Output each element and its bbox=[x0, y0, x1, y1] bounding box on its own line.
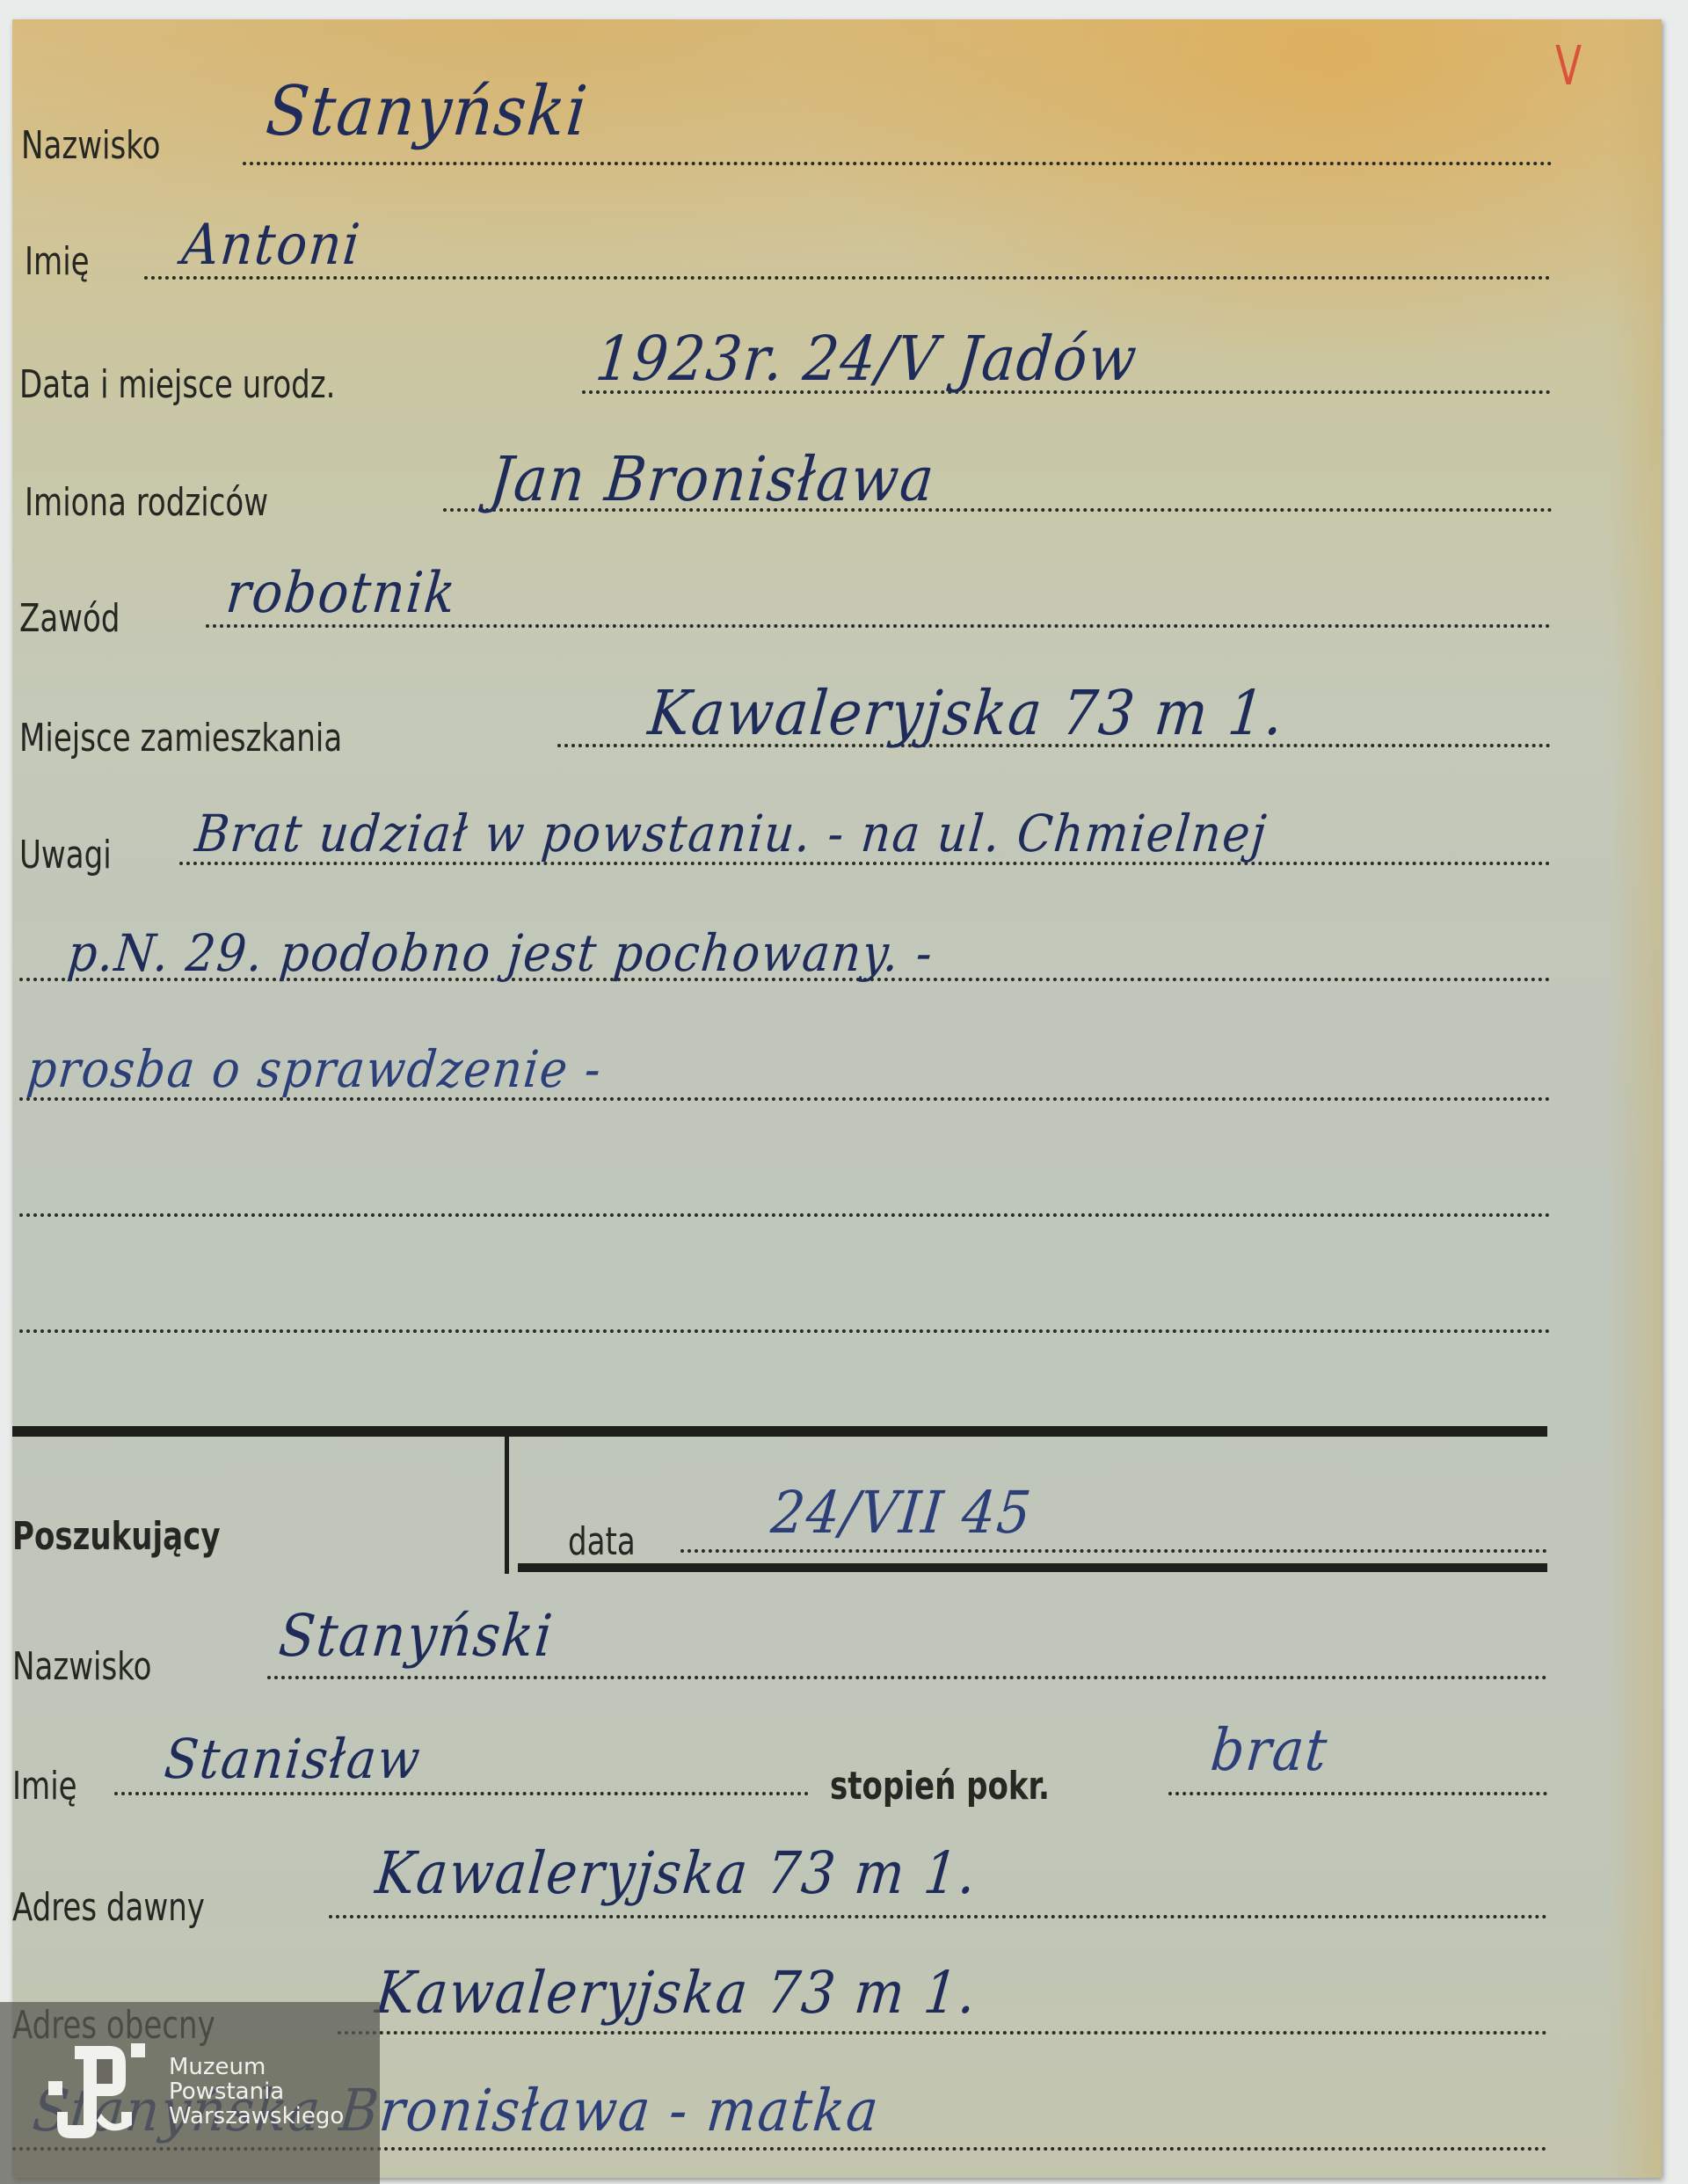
section-divider-bottom bbox=[518, 1563, 1547, 1572]
occupation-label: Zawód bbox=[19, 596, 120, 641]
searcher-surname-line bbox=[267, 1676, 1547, 1679]
notes-text-3: prosba o sprawdzenie - bbox=[25, 1039, 605, 1099]
date-label: data bbox=[568, 1519, 636, 1564]
searcher-surname-value: Stanyński bbox=[276, 1602, 557, 1670]
residence-value: Kawaleryjska 73 m 1. bbox=[645, 677, 1288, 749]
section-divider-vertical bbox=[505, 1437, 509, 1574]
notes-text-1: Brat udział w powstaniu. - na ul. Chmiel… bbox=[193, 804, 1270, 863]
kotwica-anchor-icon bbox=[48, 2042, 145, 2147]
date-value: 24/VII 45 bbox=[768, 1479, 1035, 1547]
notes-text-2: p.N. 29. podobno jest pochowany. - bbox=[65, 923, 936, 983]
parents-value: Jan Bronisława bbox=[487, 443, 938, 515]
searcher-section-label: Poszukujący bbox=[12, 1514, 221, 1559]
relation-line bbox=[1168, 1792, 1547, 1795]
surname-value: Stanyński bbox=[263, 72, 592, 151]
parents-label: Imiona rodziców bbox=[25, 480, 268, 525]
museum-name-line-3: Warszawskiego bbox=[169, 2104, 344, 2129]
date-line bbox=[680, 1549, 1547, 1553]
searcher-surname-label: Nazwisko bbox=[12, 1644, 151, 1689]
current-address-value: Kawaleryjska 73 m 1. bbox=[373, 1959, 980, 2027]
section-divider-top bbox=[12, 1426, 1547, 1437]
first-name-label: Imię bbox=[25, 239, 90, 284]
searcher-first-name-line bbox=[114, 1792, 809, 1795]
surname-line bbox=[243, 162, 1553, 165]
searcher-first-name-label: Imię bbox=[12, 1764, 77, 1809]
museum-name-line-2: Powstania bbox=[169, 2079, 344, 2104]
blank-line-2 bbox=[19, 1329, 1551, 1333]
first-name-value: Antoni bbox=[179, 213, 364, 278]
relation-label: stopień pokr. bbox=[830, 1764, 1050, 1809]
relation-value: brat bbox=[1208, 1716, 1331, 1784]
birth-label: Data i miejsce urodz. bbox=[19, 362, 335, 407]
occupation-value: robotnik bbox=[223, 561, 460, 626]
museum-watermark: Muzeum Powstania Warszawskiego bbox=[0, 2002, 380, 2184]
birth-value: 1923r. 24/V Jadów bbox=[593, 323, 1141, 395]
former-address-value: Kawaleryjska 73 m 1. bbox=[373, 1839, 980, 1907]
residence-label: Miejsce zamieszkania bbox=[19, 716, 342, 761]
searcher-first-name-value: Stanisław bbox=[162, 1727, 425, 1791]
current-address-line bbox=[338, 2031, 1547, 2035]
notes-label: Uwagi bbox=[19, 833, 112, 877]
museum-name: Muzeum Powstania Warszawskiego bbox=[169, 2055, 344, 2129]
search-card: V Nazwisko Stanyński Imię Antoni Data i … bbox=[12, 19, 1662, 2178]
museum-name-line-1: Muzeum bbox=[169, 2055, 344, 2079]
surname-label: Nazwisko bbox=[21, 123, 160, 168]
blank-line-1 bbox=[19, 1213, 1551, 1217]
former-address-label: Adres dawny bbox=[12, 1885, 205, 1930]
check-mark: V bbox=[1555, 35, 1582, 98]
former-address-line bbox=[329, 1915, 1547, 1918]
